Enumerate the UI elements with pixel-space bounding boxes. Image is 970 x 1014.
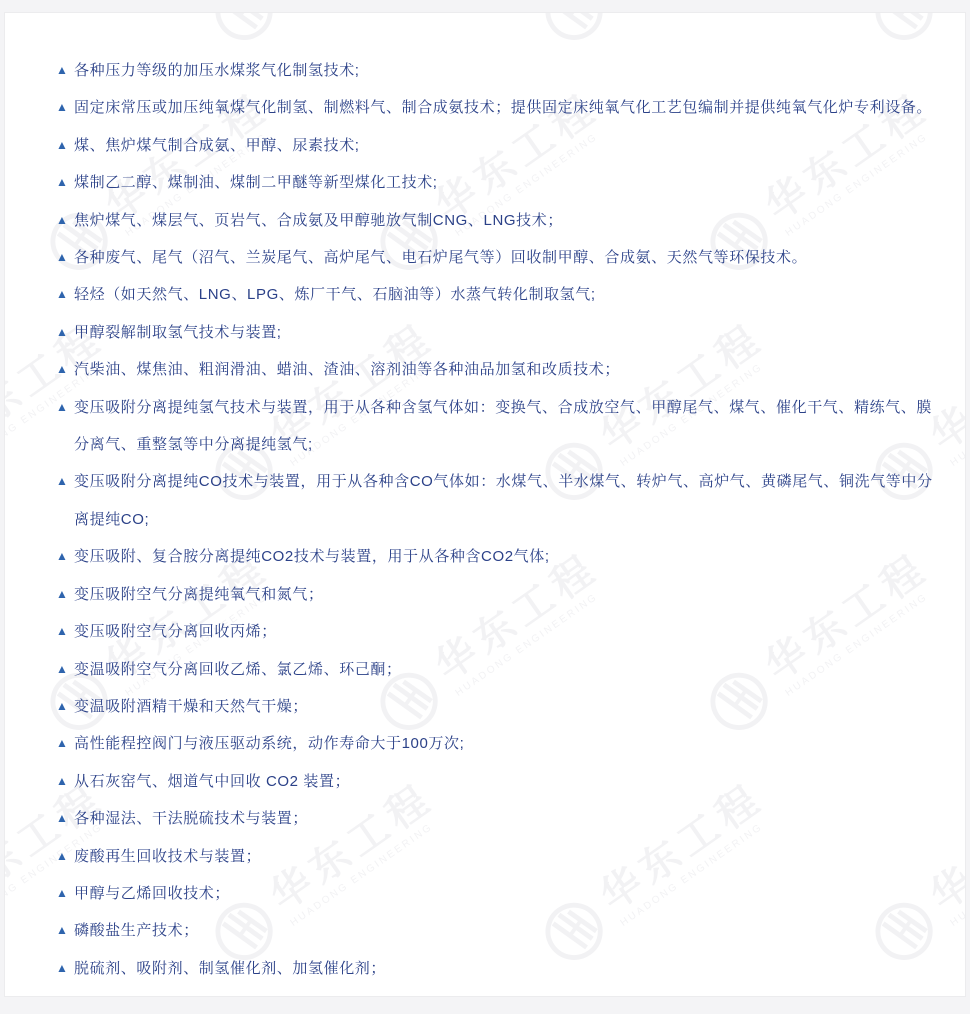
list-item: ▲汽柴油、煤焦油、粗润滑油、蜡油、渣油、溶剂油等各种油品加氢和改质技术；: [57, 351, 937, 388]
triangle-bullet-icon: ▲: [56, 389, 68, 426]
triangle-bullet-icon: ▲: [56, 239, 68, 276]
triangle-bullet-icon: ▲: [56, 89, 68, 126]
list-item: ▲各种压力等级的加压水煤浆气化制氢技术;: [57, 52, 937, 89]
triangle-bullet-icon: ▲: [56, 538, 68, 575]
list-item: ▲煤、焦炉煤气制合成氨、甲醇、尿素技术;: [57, 127, 937, 164]
list-item-text: 各种压力等级的加压水煤浆气化制氢技术;: [74, 62, 360, 79]
triangle-bullet-icon: ▲: [56, 351, 68, 388]
list-item-text: 变温吸附空气分离回收乙烯、氯乙烯、环己酮；: [74, 661, 402, 678]
list-item-text: 磷酸盐生产技术；: [74, 922, 199, 939]
list-item: ▲变温吸附酒精干燥和天然气干燥；: [57, 688, 937, 725]
list-item: ▲变压吸附分离提纯氢气技术与装置，用于从各种含氢气体如：变换气、合成放空气、甲醇…: [57, 389, 937, 464]
list-item-text: 变压吸附空气分离提纯氧气和氮气；: [74, 586, 324, 603]
triangle-bullet-icon: ▲: [56, 463, 68, 500]
list-item: ▲焦炉煤气、煤层气、页岩气、合成氨及甲醇驰放气制CNG、LNG技术；: [57, 202, 937, 239]
list-item: ▲各种湿法、干法脱硫技术与装置；: [57, 800, 937, 837]
list-item-text: 甲醇与乙烯回收技术；: [74, 885, 230, 902]
triangle-bullet-icon: ▲: [56, 164, 68, 201]
triangle-bullet-icon: ▲: [56, 875, 68, 912]
list-item: ▲甲醇裂解制取氢气技术与装置;: [57, 314, 937, 351]
list-item-text: 轻烃（如天然气、LNG、LPG、炼厂干气、石脑油等）水蒸气转化制取氢气;: [74, 286, 596, 303]
triangle-bullet-icon: ▲: [56, 576, 68, 613]
list-item: ▲各种废气、尾气（沼气、兰炭尾气、高炉尾气、电石炉尾气等）回收制甲醇、合成氨、天…: [57, 239, 937, 276]
list-item: ▲变压吸附、复合胺分离提纯CO2技术与装置，用于从各种含CO2气体;: [57, 538, 937, 575]
list-item-text: 甲醇裂解制取氢气技术与装置;: [74, 324, 282, 341]
list-item-text: 汽柴油、煤焦油、粗润滑油、蜡油、渣油、溶剂油等各种油品加氢和改质技术；: [74, 361, 620, 378]
list-item-text: 焦炉煤气、煤层气、页岩气、合成氨及甲醇驰放气制CNG、LNG技术；: [74, 212, 563, 229]
list-item-text: 从石灰窑气、烟道气中回收 CO2 装置；: [74, 773, 350, 790]
triangle-bullet-icon: ▲: [56, 651, 68, 688]
triangle-bullet-icon: ▲: [56, 950, 68, 987]
triangle-bullet-icon: ▲: [56, 838, 68, 875]
triangle-bullet-icon: ▲: [56, 613, 68, 650]
list-item: ▲甲醇与乙烯回收技术；: [57, 875, 937, 912]
list-item-text: 煤制乙二醇、煤制油、煤制二甲醚等新型煤化工技术;: [74, 174, 438, 191]
list-item-text: 固定床常压或加压纯氧煤气化制氢、制燃料气、制合成氨技术；提供固定床纯氧气化工艺包…: [74, 99, 932, 116]
triangle-bullet-icon: ▲: [56, 912, 68, 949]
list-item-text: 脱硫剂、吸附剂、制氢催化剂、加氢催化剂；: [74, 960, 386, 977]
list-item-text: 煤、焦炉煤气制合成氨、甲醇、尿素技术;: [74, 137, 360, 154]
list-item: ▲固定床常压或加压纯氧煤气化制氢、制燃料气、制合成氨技术；提供固定床纯氧气化工艺…: [57, 89, 937, 126]
technology-list: ▲各种压力等级的加压水煤浆气化制氢技术;▲固定床常压或加压纯氧煤气化制氢、制燃料…: [5, 13, 966, 987]
list-item-text: 变压吸附分离提纯CO技术与装置，用于从各种含CO气体如：水煤气、半水煤气、转炉气…: [74, 473, 933, 527]
list-item-text: 变温吸附酒精干燥和天然气干燥；: [74, 698, 308, 715]
triangle-bullet-icon: ▲: [56, 800, 68, 837]
list-item: ▲高性能程控阀门与液压驱动系统，动作寿命大于100万次;: [57, 725, 937, 762]
list-item-text: 废酸再生回收技术与装置；: [74, 848, 261, 865]
list-item: ▲变温吸附空气分离回收乙烯、氯乙烯、环己酮；: [57, 651, 937, 688]
list-item: ▲脱硫剂、吸附剂、制氢催化剂、加氢催化剂；: [57, 950, 937, 987]
triangle-bullet-icon: ▲: [56, 52, 68, 89]
list-item: ▲轻烃（如天然气、LNG、LPG、炼厂干气、石脑油等）水蒸气转化制取氢气;: [57, 276, 937, 313]
list-item-text: 变压吸附、复合胺分离提纯CO2技术与装置，用于从各种含CO2气体;: [74, 548, 550, 565]
list-item: ▲煤制乙二醇、煤制油、煤制二甲醚等新型煤化工技术;: [57, 164, 937, 201]
list-item-text: 各种废气、尾气（沼气、兰炭尾气、高炉尾气、电石炉尾气等）回收制甲醇、合成氨、天然…: [74, 249, 807, 266]
triangle-bullet-icon: ▲: [56, 688, 68, 725]
list-item: ▲变压吸附分离提纯CO技术与装置，用于从各种含CO气体如：水煤气、半水煤气、转炉…: [57, 463, 937, 538]
triangle-bullet-icon: ▲: [56, 276, 68, 313]
list-item: ▲变压吸附空气分离回收丙烯；: [57, 613, 937, 650]
list-item-text: 高性能程控阀门与液压驱动系统，动作寿命大于100万次;: [74, 735, 464, 752]
list-item: ▲从石灰窑气、烟道气中回收 CO2 装置；: [57, 763, 937, 800]
list-item-text: 变压吸附空气分离回收丙烯；: [74, 623, 277, 640]
triangle-bullet-icon: ▲: [56, 763, 68, 800]
triangle-bullet-icon: ▲: [56, 725, 68, 762]
list-item-text: 变压吸附分离提纯氢气技术与装置，用于从各种含氢气体如：变换气、合成放空气、甲醇尾…: [74, 399, 932, 453]
triangle-bullet-icon: ▲: [56, 202, 68, 239]
list-item-text: 各种湿法、干法脱硫技术与装置；: [74, 810, 308, 827]
triangle-bullet-icon: ▲: [56, 314, 68, 351]
content-panel: 华东工程HUADONG ENGINEERING华东工程HUADONG ENGIN…: [4, 12, 966, 997]
list-item: ▲变压吸附空气分离提纯氧气和氮气；: [57, 576, 937, 613]
list-item: ▲磷酸盐生产技术；: [57, 912, 937, 949]
triangle-bullet-icon: ▲: [56, 127, 68, 164]
list-item: ▲废酸再生回收技术与装置；: [57, 838, 937, 875]
